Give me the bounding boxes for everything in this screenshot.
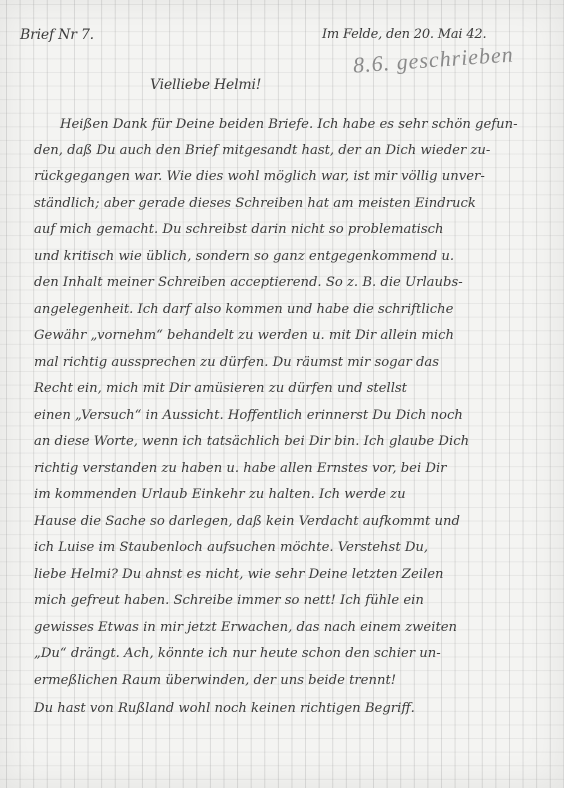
body-line: Hause die Sache so darlegen, daß kein Ve…: [34, 514, 460, 529]
body-line: ich Luise im Staubenloch aufsuchen möcht…: [34, 540, 428, 555]
body-line: und kritisch wie üblich, sondern so ganz…: [34, 249, 454, 264]
body-line: den, daß Du auch den Brief mitgesandt ha…: [34, 143, 490, 158]
pencil-annotation: 8.6. geschrieben: [352, 41, 514, 78]
body-line: Gewähr „vornehm“ behandelt zu werden u. …: [34, 328, 454, 343]
body-line: angelegenheit. Ich darf also kommen und …: [34, 302, 453, 317]
salutation: Vielliebe Helmi!: [150, 77, 261, 93]
body-line: ermeßlichen Raum überwinden, der uns bei…: [34, 673, 396, 688]
body-line: auf mich gemacht. Du schreibst darin nic…: [34, 222, 444, 237]
body-line: Heißen Dank für Deine beiden Briefe. Ich…: [60, 117, 518, 132]
body-line: einen „Versuch“ in Aussicht. Hoffentlich…: [34, 408, 463, 423]
letter-number: Brief Nr 7.: [20, 27, 94, 43]
body-line: richtig verstanden zu haben u. habe alle…: [34, 461, 446, 476]
body-line: gewisses Etwas in mir jetzt Erwachen, da…: [34, 620, 457, 635]
body-line: mich gefreut haben. Schreibe immer so ne…: [34, 593, 424, 608]
body-line: „Du“ drängt. Ach, könnte ich nur heute s…: [34, 646, 441, 661]
body-line: an diese Worte, wenn ich tatsächlich bei…: [34, 434, 469, 449]
body-line: den Inhalt meiner Schreiben acceptierend…: [34, 275, 463, 290]
body-line: rückgegangen war. Wie dies wohl möglich …: [34, 169, 485, 184]
letter-page: Brief Nr 7. Im Felde, den 20. Mai 42. 8.…: [0, 0, 564, 788]
body-line: liebe Helmi? Du ahnst es nicht, wie sehr…: [34, 567, 444, 582]
body-line: Recht ein, mich mit Dir amüsieren zu dür…: [34, 381, 407, 396]
body-line: mal richtig aussprechen zu dürfen. Du rä…: [34, 355, 439, 370]
body-line: im kommenden Urlaub Einkehr zu halten. I…: [34, 487, 406, 502]
body-line: Du hast von Rußland wohl noch keinen ric…: [34, 701, 415, 716]
body-line: ständlich; aber gerade dieses Schreiben …: [34, 196, 476, 211]
place-date: Im Felde, den 20. Mai 42.: [322, 27, 486, 42]
